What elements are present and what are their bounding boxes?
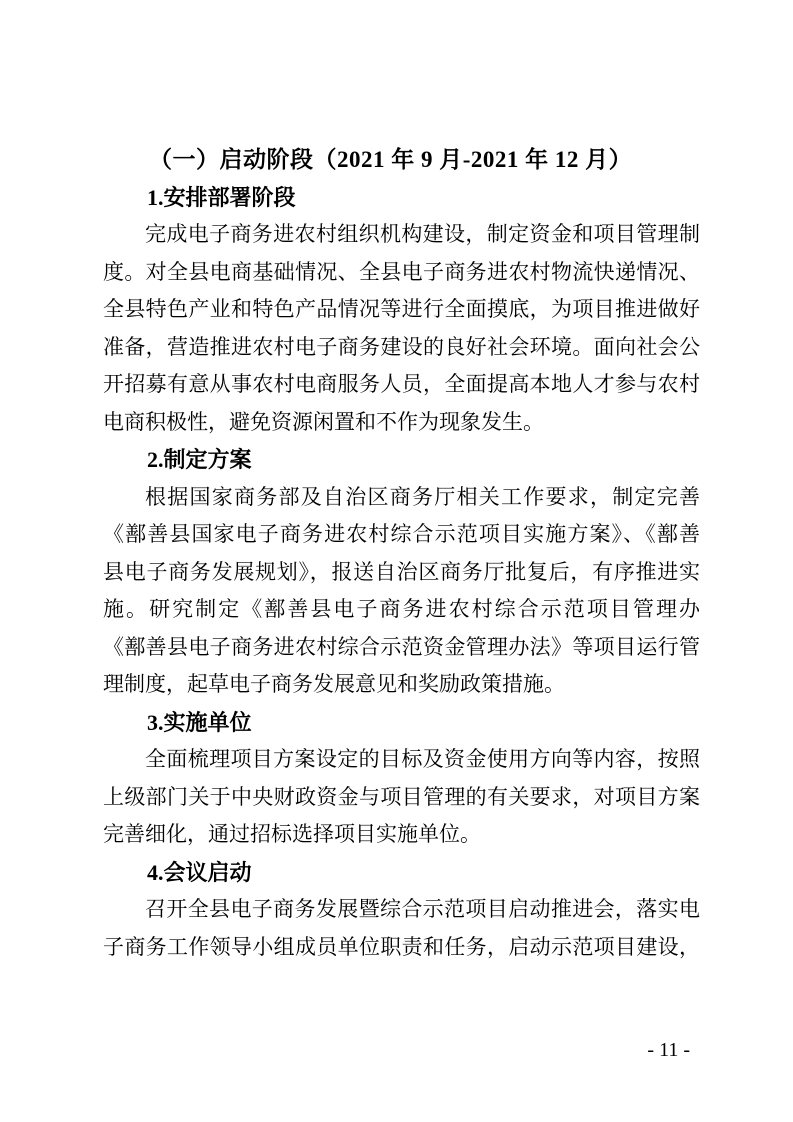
paragraph-2-line-3: 县电子商务发展规划》，报送自治区商务厅批复后，有序推进实 (103, 554, 700, 592)
paragraph-2-line-5: 《鄯善县电子商务进农村综合示范资金管理办法》等项目运行管 (103, 629, 700, 667)
subsection-heading-3: 3.实施单位 (103, 704, 700, 742)
document-body: （一）启动阶段（2021 年 9 月-2021 年 12 月） 1.安排部署阶段… (103, 141, 700, 966)
subsection-heading-1: 1.安排部署阶段 (103, 179, 700, 217)
paragraph-1-line-4: 准备，营造推进农村电子商务建设的良好社会环境。面向社会公 (103, 329, 700, 367)
paragraph-3-line-1: 全面梳理项目方案设定的目标及资金使用方向等内容，按照 (103, 741, 700, 779)
paragraph-1-line-5: 开招募有意从事农村电商服务人员，全面提高本地人才参与农村 (103, 366, 700, 404)
paragraph-4-line-2: 子商务工作领导小组成员单位职责和任务，启动示范项目建设， (103, 929, 700, 967)
paragraph-1-line-1: 完成电子商务进农村组织机构建设，制定资金和项目管理制 (103, 216, 700, 254)
document-page: （一）启动阶段（2021 年 9 月-2021 年 12 月） 1.安排部署阶段… (0, 0, 793, 1122)
paragraph-3-line-2: 上级部门关于中央财政资金与项目管理的有关要求，对项目方案 (103, 779, 700, 817)
paragraph-2-line-1: 根据国家商务部及自治区商务厅相关工作要求，制定完善 (103, 479, 700, 517)
page-number: - 11 - (647, 1036, 690, 1064)
paragraph-2-line-4: 施。研究制定《鄯善县电子商务进农村综合示范项目管理办法》、 (103, 591, 700, 629)
paragraph-4-line-1: 召开全县电子商务发展暨综合示范项目启动推进会，落实电 (103, 891, 700, 929)
paragraph-3-line-3: 完善细化，通过招标选择项目实施单位。 (103, 816, 700, 854)
paragraph-2-line-6: 理制度，起草电子商务发展意见和奖励政策措施。 (103, 666, 700, 704)
paragraph-1-line-6: 电商积极性，避免资源闲置和不作为现象发生。 (103, 404, 700, 442)
subsection-heading-4: 4.会议启动 (103, 854, 700, 892)
paragraph-1-line-3: 全县特色产业和特色产品情况等进行全面摸底，为项目推进做好 (103, 291, 700, 329)
paragraph-1-line-2: 度。对全县电商基础情况、全县电子商务进农村物流快递情况、 (103, 254, 700, 292)
paragraph-2-line-2: 《鄯善县国家电子商务进农村综合示范项目实施方案》、《鄯善 (103, 516, 700, 554)
section-heading: （一）启动阶段（2021 年 9 月-2021 年 12 月） (103, 141, 700, 179)
subsection-heading-2: 2.制定方案 (103, 441, 700, 479)
